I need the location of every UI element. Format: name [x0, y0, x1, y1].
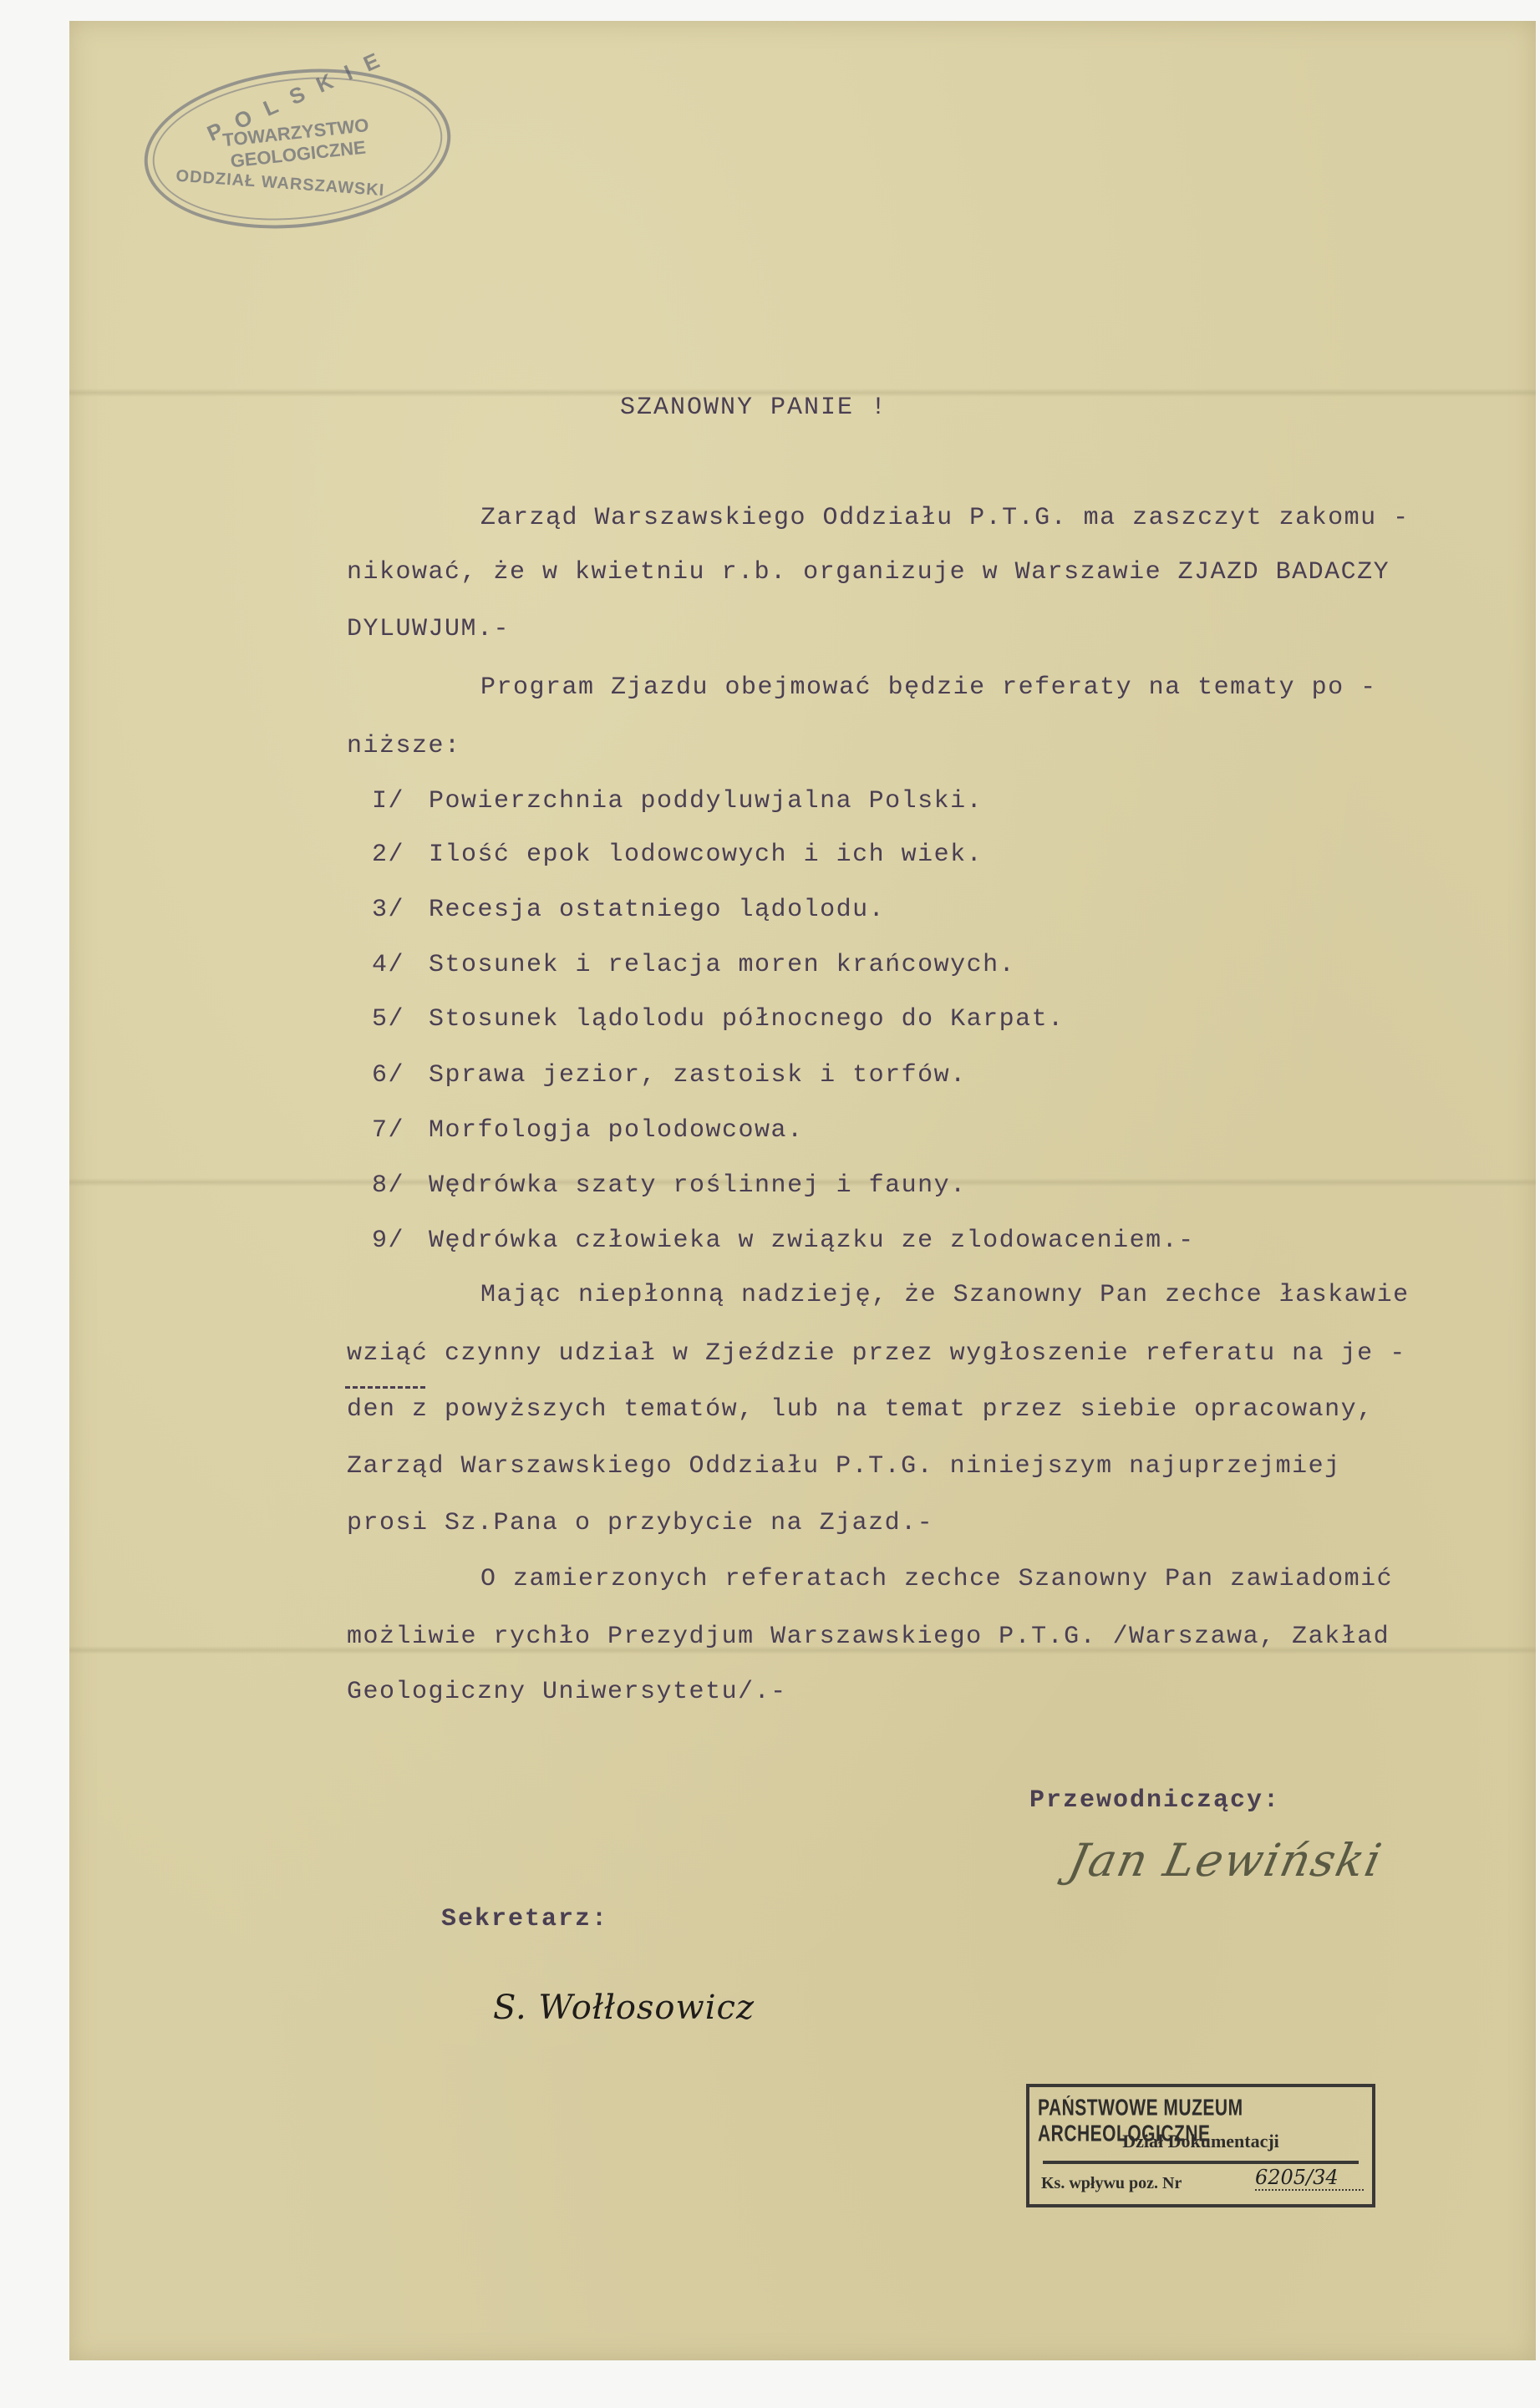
- topic-item: 5/Stosunek lądolodu północnego do Karpat…: [372, 1007, 1065, 1032]
- paragraph3-line: Zarząd Warszawskiego Oddziału P.T.G. nin…: [347, 1454, 1341, 1479]
- paragraph3-line: wziąć czynny udział w Zjeździe przez wyg…: [347, 1341, 1406, 1366]
- topic-item: 2/Ilość epok lodowcowych i ich wiek.: [372, 842, 983, 867]
- topic-item: 4/Stosunek i relacja moren krańcowych.: [372, 953, 1015, 978]
- paragraph3-line: den z powyższych tematów, lub na temat p…: [347, 1397, 1374, 1422]
- salutation: SZANOWNY PANIE !: [620, 395, 887, 420]
- stamp-bottom-text: ODDZIAŁ WARSZAWSKI: [175, 167, 385, 201]
- topic-item: 8/Wędrówka szaty roślinnej i fauny.: [372, 1173, 967, 1198]
- museum-registration-stamp: PAŃSTWOWE MUZEUM ARCHEOLOGICZNE Dział Do…: [1026, 2084, 1375, 2207]
- dashed-underline: [345, 1386, 425, 1389]
- secretary-signature: S. Wołłosowicz: [493, 1989, 755, 2027]
- paragraph2-line: Program Zjazdu obejmować będzie referaty…: [480, 675, 1377, 700]
- topic-item: I/Powierzchnia poddyluwjalna Polski.: [372, 789, 983, 814]
- topic-item: 7/Morfologja polodowcowa.: [372, 1118, 804, 1143]
- secretary-label: Sekretarz:: [441, 1907, 608, 1932]
- registry-number: 6205/34: [1255, 2166, 1364, 2191]
- stamp-rule: [1043, 2161, 1359, 2164]
- topic-item: 3/Recesja ostatniego lądolodu.: [372, 897, 885, 922]
- museum-department: Dział Dokumentacji: [1029, 2131, 1372, 2152]
- topic-item: 6/Sprawa jezior, zastoisk i torfów.: [372, 1063, 967, 1088]
- registry-label: Ks. wpływu poz. Nr: [1041, 2174, 1182, 2193]
- paragraph1-line: Zarząd Warszawskiego Oddziału P.T.G. ma …: [480, 505, 1410, 531]
- paragraph1-line: DYLUWJUM.-: [347, 617, 510, 642]
- paragraph2-line: niższe:: [347, 734, 461, 759]
- chairman-label: Przewodniczący:: [1029, 1788, 1280, 1813]
- topic-item: 9/Wędrówka człowieka w związku ze zlodow…: [372, 1228, 1195, 1253]
- chairman-signature: Jan Lewiński: [1064, 1834, 1387, 1887]
- paragraph4-line: Geologiczny Uniwersytetu/.-: [347, 1679, 787, 1704]
- paragraph1-line: nikować, że w kwietniu r.b. organizuje w…: [347, 560, 1390, 585]
- paragraph3-line: prosi Sz.Pana o przybycie na Zjazd.-: [347, 1511, 933, 1536]
- paragraph4-line: możliwie rychło Prezydjum Warszawskiego …: [347, 1624, 1390, 1649]
- paragraph4-line: O zamierzonych referatach zechce Szanown…: [480, 1567, 1393, 1592]
- paragraph3-line: Mając niepłonną nadzieję, że Szanowny Pa…: [480, 1283, 1410, 1308]
